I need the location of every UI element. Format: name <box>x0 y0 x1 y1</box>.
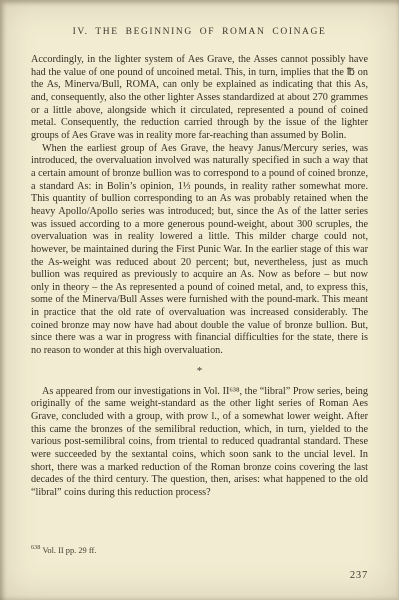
footnote-text: Vol. II pp. 29 ff. <box>42 546 96 555</box>
book-page: IV. THE BEGINNING OF ROMAN COINAGE Accor… <box>0 0 399 600</box>
footnote: 638Vol. II pp. 29 ff. <box>31 546 96 555</box>
page-number: 237 <box>350 570 368 581</box>
paragraph: As appeared from our investigations in V… <box>31 386 368 500</box>
paragraph: When the earliest group of Aes Grave, th… <box>31 143 368 358</box>
text-section-2: As appeared from our investigations in V… <box>31 386 368 500</box>
chapter-heading: IV. THE BEGINNING OF ROMAN COINAGE <box>31 27 368 37</box>
paragraph: Accordingly, in the lighter system of Ae… <box>31 54 368 143</box>
text-section-1: Accordingly, in the lighter system of Ae… <box>31 54 368 358</box>
section-separator-asterisk: * <box>0 365 399 377</box>
footnote-marker: 638 <box>31 544 40 551</box>
